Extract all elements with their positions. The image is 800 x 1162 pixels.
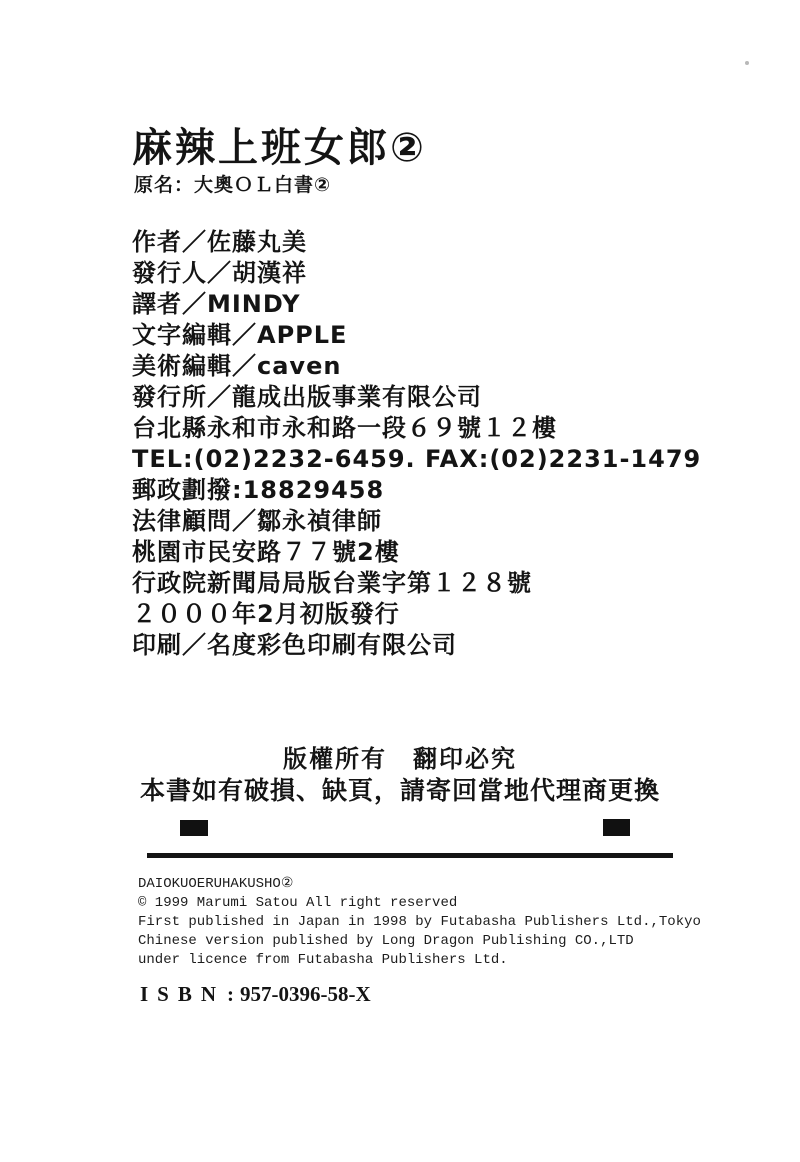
- scan-speck: [745, 61, 749, 65]
- credit-publisher-person: 發行人／胡漢祥: [132, 258, 701, 289]
- credit-translator: 譯者／MINDY: [132, 289, 701, 320]
- printer: 印刷／名度彩色印刷有限公司: [132, 630, 701, 661]
- credit-author: 作者／佐藤丸美: [132, 227, 701, 258]
- licence-line: under licence from Futabasha Publishers …: [138, 951, 701, 970]
- legal-advisor-address: 桃園市民安路７７號2樓: [132, 537, 701, 568]
- isbn-number: 957-0396-58-X: [240, 982, 371, 1006]
- registration-mark-left: [180, 820, 208, 836]
- credit-publishing-house: 發行所／龍成出版事業有限公司: [132, 382, 701, 413]
- tel-fax-line: TEL:(02)2232-6459. FAX:(02)2231-1479: [132, 444, 701, 475]
- isbn-separator: :: [227, 982, 234, 1006]
- postal-transfer-account: 郵政劃撥:18829458: [132, 475, 701, 506]
- credit-art-editor: 美術編輯／caven: [132, 351, 701, 382]
- edition-date: ２０００年2月初版發行: [132, 599, 701, 630]
- chinese-version-line: Chinese version published by Long Dragon…: [138, 932, 701, 951]
- isbn-line: ISBN:957-0396-58-X: [140, 982, 371, 1007]
- all-rights-reserved-line: 版權所有 翻印必究: [0, 744, 800, 774]
- gio-registration-number: 行政院新聞局局版台業字第１２８號: [132, 568, 701, 599]
- original-title: 原名：大奧ＯＬ白書②: [134, 170, 331, 197]
- damaged-copy-replacement-line: 本書如有破損、缺頁，請寄回當地代理商更換: [0, 774, 800, 807]
- footer-divider-rule: [147, 853, 673, 858]
- english-copyright-block: DAIOKUOERUHAKUSHO② © 1999 Marumi Satou A…: [138, 875, 701, 970]
- romaji-title: DAIOKUOERUHAKUSHO②: [138, 875, 701, 894]
- copyright-notice: 版權所有 翻印必究 本書如有破損、缺頁，請寄回當地代理商更換: [0, 744, 800, 807]
- publication-credits: 作者／佐藤丸美 發行人／胡漢祥 譯者／MINDY 文字編輯／APPLE 美術編輯…: [132, 227, 701, 661]
- credit-text-editor: 文字編輯／APPLE: [132, 320, 701, 351]
- publisher-address: 台北縣永和市永和路一段６９號１２樓: [132, 413, 701, 444]
- first-published-line: First published in Japan in 1998 by Futa…: [138, 913, 701, 932]
- copyright-year-line: © 1999 Marumi Satou All right reserved: [138, 894, 701, 913]
- registration-mark-right: [603, 819, 630, 836]
- book-title: 麻辣上班女郎②: [132, 116, 427, 173]
- legal-advisor: 法律顧問／鄒永禎律師: [132, 506, 701, 537]
- isbn-label: ISBN: [140, 982, 225, 1006]
- colophon-page: 麻辣上班女郎② 原名：大奧ＯＬ白書② 作者／佐藤丸美 發行人／胡漢祥 譯者／MI…: [0, 0, 800, 1162]
